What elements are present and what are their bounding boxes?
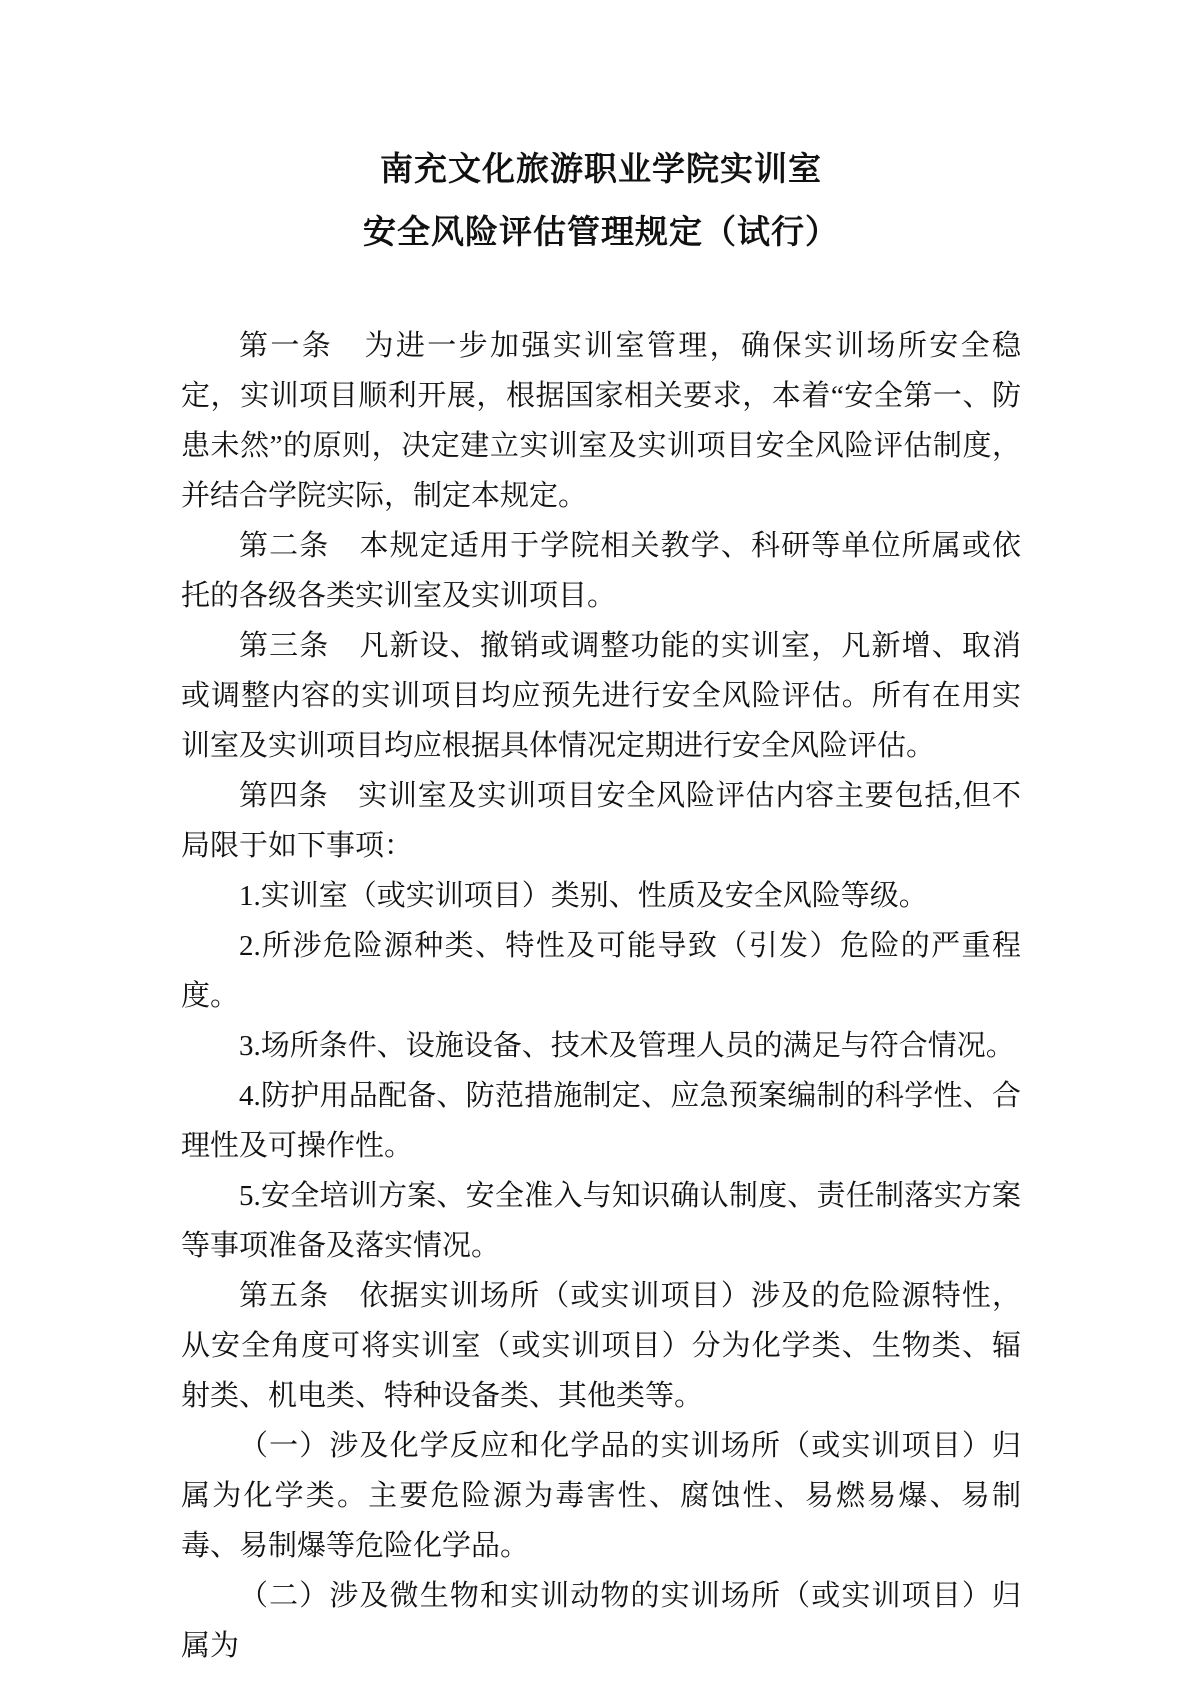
paragraph-8: 4.防护用品配备、防范措施制定、应急预案编制的科学性、合理性及可操作性。 (181, 1071, 1021, 1171)
document-title-line-1: 南充文化旅游职业学院实训室 (181, 150, 1021, 190)
paragraph-12: （二）涉及微生物和实训动物的实训场所（或实训项目）归属为 (181, 1571, 1021, 1671)
paragraph-3: 第三条 凡新设、撤销或调整功能的实训室，凡新增、取消或调整内容的实训项目均应预先… (181, 621, 1021, 771)
paragraph-2: 第二条 本规定适用于学院相关教学、科研等单位所属或依托的各级各类实训室及实训项目… (181, 521, 1021, 621)
paragraph-4: 第四条 实训室及实训项目安全风险评估内容主要包括,但不局限于如下事项： (181, 771, 1021, 871)
document-title-line-2: 安全风险评估管理规定（试行） (181, 213, 1021, 253)
paragraph-7: 3.场所条件、设施设备、技术及管理人员的满足与符合情况。 (181, 1021, 1021, 1071)
paragraph-5: 1.实训室（或实训项目）类别、性质及安全风险等级。 (181, 871, 1021, 921)
document-page: 南充文化旅游职业学院实训室 安全风险评估管理规定（试行） 第一条 为进一步加强实… (0, 0, 1191, 1684)
paragraph-9: 5.安全培训方案、安全准入与知识确认制度、责任制落实方案等事项准备及落实情况。 (181, 1171, 1021, 1271)
document-body: 第一条 为进一步加强实训室管理，确保实训场所安全稳定，实训项目顺利开展，根据国家… (181, 321, 1021, 1671)
paragraph-1: 第一条 为进一步加强实训室管理，确保实训场所安全稳定，实训项目顺利开展，根据国家… (181, 321, 1021, 521)
paragraph-6: 2.所涉危险源种类、特性及可能导致（引发）危险的严重程度。 (181, 921, 1021, 1021)
paragraph-10: 第五条 依据实训场所（或实训项目）涉及的危险源特性，从安全角度可将实训室（或实训… (181, 1271, 1021, 1421)
paragraph-11: （一）涉及化学反应和化学品的实训场所（或实训项目）归属为化学类。主要危险源为毒害… (181, 1421, 1021, 1571)
